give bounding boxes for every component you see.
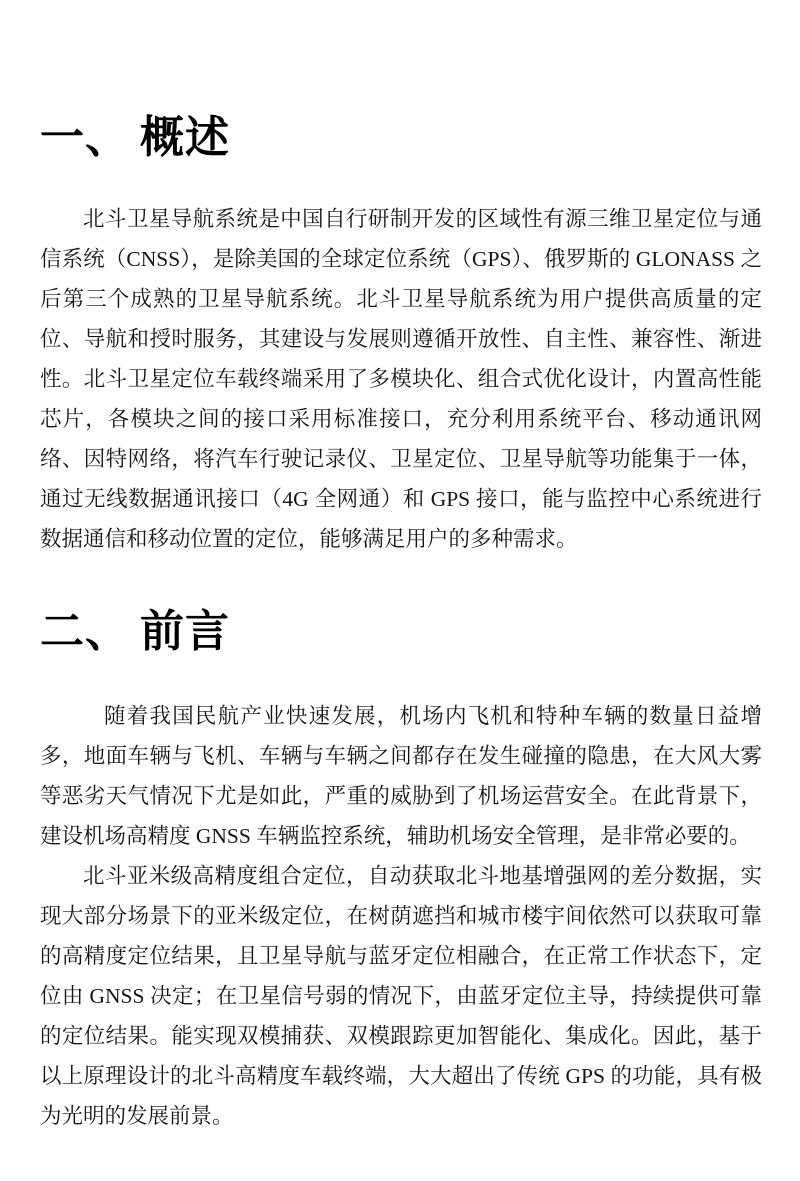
- paragraph-preface-2: 北斗亚米级高精度组合定位，自动获取北斗地基增强网的差分数据，实现大部分场景下的亚…: [40, 856, 762, 1136]
- section-number: 一、: [40, 108, 130, 168]
- section-title: 概述: [140, 113, 230, 162]
- paragraph-preface-1: 随着我国民航产业快速发展，机场内飞机和特种车辆的数量日益增多，地面车辆与飞机、车…: [40, 696, 762, 856]
- paragraph-overview-1: 北斗卫星导航系统是中国自行研制开发的区域性有源三维卫星定位与通信系统（CNSS）…: [40, 199, 762, 559]
- section-title: 前言: [140, 607, 230, 656]
- section-number: 二、: [40, 602, 130, 662]
- section-heading-preface: 二、前言: [40, 602, 760, 662]
- document-page: 一、概述 北斗卫星导航系统是中国自行研制开发的区域性有源三维卫星定位与通信系统（…: [0, 0, 800, 1181]
- section-heading-overview: 一、概述: [40, 108, 760, 168]
